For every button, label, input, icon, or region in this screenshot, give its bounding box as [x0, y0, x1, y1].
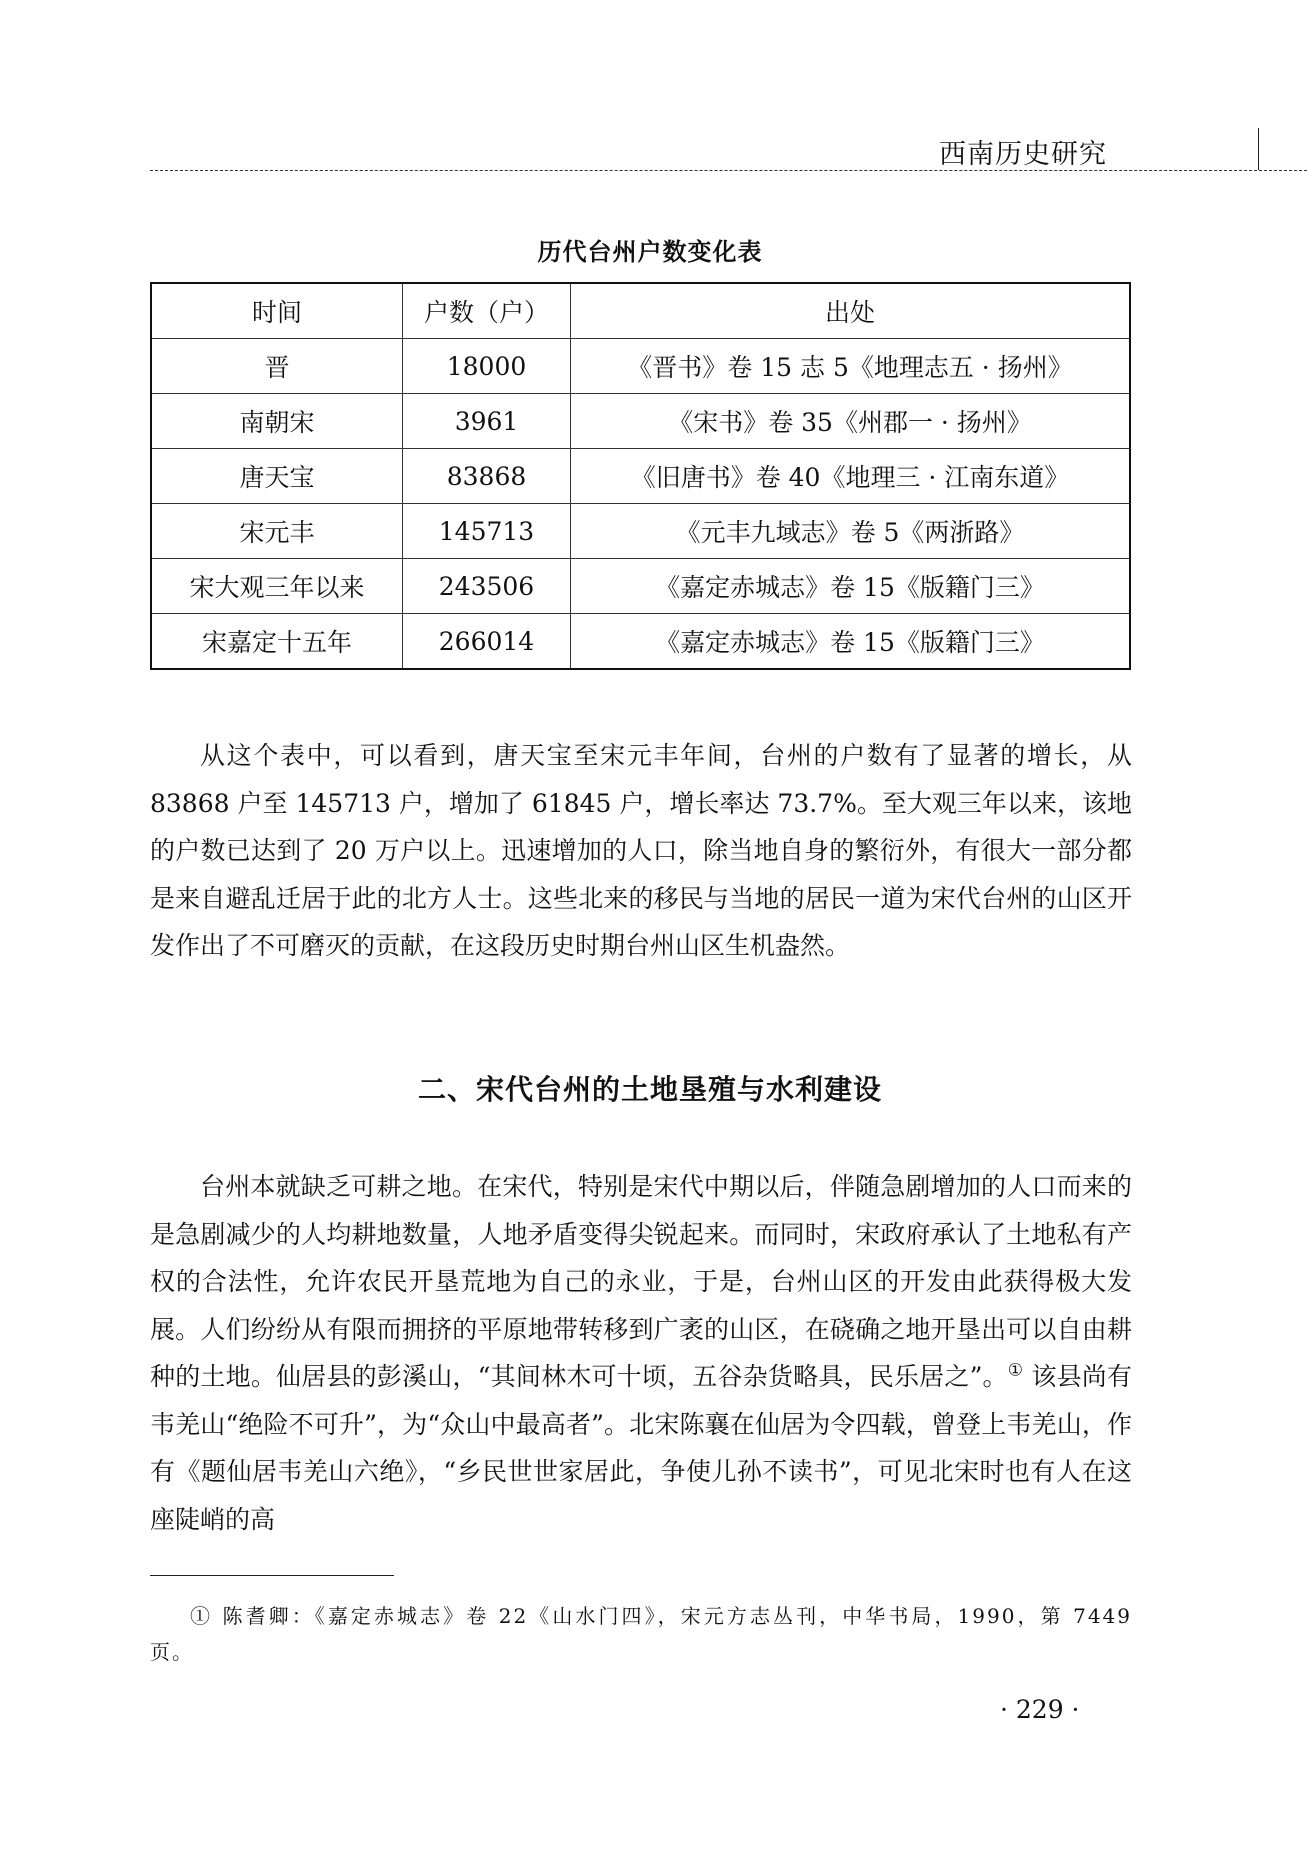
table-title: 历代台州户数变化表 [150, 232, 1150, 267]
column-header-source: 出处 [571, 283, 1131, 339]
footnote-reference-1[interactable]: ① [1008, 1361, 1023, 1381]
cell-households: 243506 [403, 559, 571, 614]
cell-time: 宋嘉定十五年 [151, 614, 403, 670]
cell-source: 《嘉定赤城志》卷 15《版籍门三》 [571, 559, 1131, 614]
cell-households: 18000 [403, 339, 571, 394]
cell-time: 南朝宋 [151, 394, 403, 449]
footnote-divider [150, 1575, 394, 1576]
cell-time: 宋元丰 [151, 504, 403, 559]
page-number: · 229 · [1000, 1695, 1080, 1724]
table-row: 南朝宋 3961 《宋书》卷 35《州郡一 · 扬州》 [151, 394, 1130, 449]
household-count-table: 时间 户数（户） 出处 晋 18000 《晋书》卷 15 志 5《地理志五 · … [150, 282, 1131, 670]
column-header-time: 时间 [151, 283, 403, 339]
table-row: 宋元丰 145713 《元丰九域志》卷 5《两浙路》 [151, 504, 1130, 559]
table-row: 唐天宝 83868 《旧唐书》卷 40《地理三 · 江南东道》 [151, 449, 1130, 504]
section-heading: 二、宋代台州的土地垦殖与水利建设 [150, 1068, 1150, 1108]
running-header: 西南历史研究 [150, 128, 1307, 172]
column-header-households: 户数（户） [403, 283, 571, 339]
journal-title: 西南历史研究 [939, 132, 1107, 171]
cell-households: 266014 [403, 614, 571, 670]
cell-households: 83868 [403, 449, 571, 504]
cell-source: 《晋书》卷 15 志 5《地理志五 · 扬州》 [571, 339, 1131, 394]
table-header-row: 时间 户数（户） 出处 [151, 283, 1130, 339]
table-row: 宋大观三年以来 243506 《嘉定赤城志》卷 15《版籍门三》 [151, 559, 1130, 614]
cell-time: 晋 [151, 339, 403, 394]
cell-households: 3961 [403, 394, 571, 449]
footnote-1: ① 陈耆卿：《嘉定赤城志》卷 22《山水门四》，宋元方志丛刊，中华书局，1990… [150, 1598, 1132, 1670]
cell-source: 《旧唐书》卷 40《地理三 · 江南东道》 [571, 449, 1131, 504]
header-divider [1258, 128, 1259, 170]
header-dashed-rule [150, 170, 1307, 171]
cell-source: 《元丰九域志》卷 5《两浙路》 [571, 504, 1131, 559]
cell-households: 145713 [403, 504, 571, 559]
paragraph-2-text-a: 台州本就缺乏可耕之地。在宋代，特别是宋代中期以后，伴随急剧增加的人口而来的是急剧… [150, 1172, 1132, 1391]
body-paragraph-2: 台州本就缺乏可耕之地。在宋代，特别是宋代中期以后，伴随急剧增加的人口而来的是急剧… [150, 1163, 1132, 1543]
table-row: 晋 18000 《晋书》卷 15 志 5《地理志五 · 扬州》 [151, 339, 1130, 394]
table-row: 宋嘉定十五年 266014 《嘉定赤城志》卷 15《版籍门三》 [151, 614, 1130, 670]
cell-time: 宋大观三年以来 [151, 559, 403, 614]
body-paragraph-1: 从这个表中，可以看到，唐天宝至宋元丰年间，台州的户数有了显著的增长，从 8386… [150, 732, 1132, 970]
cell-time: 唐天宝 [151, 449, 403, 504]
cell-source: 《嘉定赤城志》卷 15《版籍门三》 [571, 614, 1131, 670]
cell-source: 《宋书》卷 35《州郡一 · 扬州》 [571, 394, 1131, 449]
